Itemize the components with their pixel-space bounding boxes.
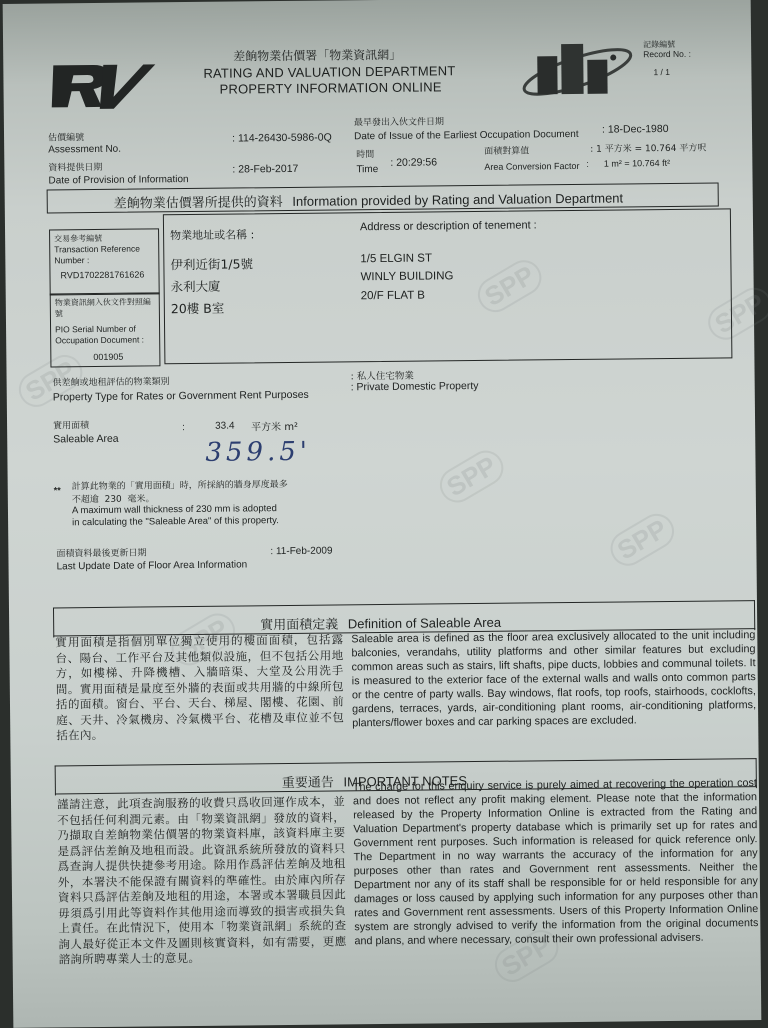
txn-label-cn: 交易參考編號 — [54, 233, 102, 245]
pio-value: 001905 — [93, 352, 123, 362]
pio-serial-box: 物業資訊網入伙文件對照編號 PIO Serial Number of Occup… — [50, 292, 161, 367]
update-label-en: Last Update Date of Floor Area Informati… — [56, 559, 247, 572]
conversion-value-cn: : 1 平方米 = 10.764 平方呎 — [590, 143, 706, 156]
definition-body-en: Saleable area is defined as the floor ar… — [351, 628, 756, 730]
saleable-area-label-en: Saleable Area — [53, 433, 119, 446]
note-en-line-1: A maximum wall thickness of 230 mm is ad… — [72, 503, 277, 516]
provision-label-en: Date of Provision of Information — [48, 174, 188, 187]
buildings-logo-icon — [515, 37, 636, 96]
record-label-en: Record No. : — [643, 49, 691, 59]
update-value: : 11-Feb-2009 — [270, 546, 332, 558]
txn-value: RVD1702281761626 — [60, 269, 144, 280]
address-en-line-1: 1/5 ELGIN ST — [360, 252, 432, 265]
saleable-area-value: 33.4 — [215, 421, 235, 432]
saleable-area-label-cn: 實用面積 — [53, 421, 89, 432]
header-title-en-1: RATING AND VALUATION DEPARTMENT — [203, 63, 455, 81]
handwritten-area-note: 359.5' — [205, 437, 311, 468]
note-marker: ** — [54, 484, 61, 496]
record-value: 1 / 1 — [653, 67, 670, 77]
saleable-area-colon: : — [182, 422, 185, 433]
conversion-value-en: : 1 m² = 10.764 ft² — [586, 157, 670, 170]
note-en-line-2: in calculating the "Saleable Area" of th… — [72, 515, 279, 528]
conversion-label-cn: 面積對算值 — [484, 146, 529, 157]
header-title-cn: 差餉物業估價署「物業資訊網」 — [233, 46, 401, 65]
transaction-reference-box: 交易參考編號 Transaction Reference Number : RV… — [49, 228, 160, 295]
note-cn-line-2: 不超逾 230 毫米。 — [72, 491, 155, 505]
occupation-value: : 18-Dec-1980 — [602, 123, 669, 137]
header-title-en-2: PROPERTY INFORMATION ONLINE — [219, 79, 441, 96]
rv-logo-icon — [47, 60, 158, 111]
document-page: SPP SPP SPP SPP SPP SPP SPP 差餉物業估價署「物業資訊… — [3, 0, 762, 1024]
definition-body-cn: 實用面積是指個別單位獨立使用的樓面面積，包括露台、陽台、工作平台及其他類似設施，… — [55, 632, 344, 744]
pio-label-cn: 物業資訊網入伙文件對照編號 — [55, 296, 151, 319]
time-label-cn: 時間 — [356, 150, 374, 161]
notes-body-cn: 謹請注意，此項查詢服務的收費只爲收回運作成本，並不包括任何利潤元素。由「物業資訊… — [57, 794, 347, 968]
address-en-line-2: WINLY BUILDING — [360, 270, 453, 283]
assessment-value: : 114-26430-5986-0Q — [232, 132, 332, 146]
time-label-en: Time — [356, 164, 378, 176]
assessment-label-cn: 估價編號 — [48, 133, 84, 144]
notes-body-en: The charge for this enquiry service is p… — [353, 776, 759, 948]
occupation-label-en: Date of Issue of the Earliest Occupation… — [354, 129, 579, 143]
time-value: : 20:29:56 — [390, 156, 437, 169]
property-type-label-cn: 供差餉或地租評估的物業類別 — [53, 377, 170, 389]
assessment-label-en: Assessment No. — [48, 144, 121, 157]
notes-title-cn: 重要通告 — [282, 776, 334, 792]
address-label-cn: 物業地址或名稱 : — [170, 226, 254, 243]
provision-value: : 28-Feb-2017 — [232, 163, 298, 177]
saleable-area-unit: 平方米 m² — [251, 418, 298, 433]
address-cn-line-1: 伊利近街1/5號 — [170, 254, 253, 273]
property-type-label-en: Property Type for Rates or Government Re… — [53, 389, 309, 404]
info-section-title-en: Information provided by Rating and Valua… — [292, 190, 623, 208]
note-cn-line-1: 計算此物業的「實用面積」時，所採納的牆身厚度最多 — [72, 477, 288, 492]
conversion-label-en: Area Conversion Factor — [484, 160, 579, 173]
pio-label-en: PIO Serial Number of Occupation Document… — [55, 323, 159, 346]
definition-title-en: Definition of Saleable Area — [348, 615, 501, 632]
address-cn-line-3: 20樓 B室 — [171, 299, 225, 318]
provision-label-cn: 資料提供日期 — [48, 163, 102, 175]
address-cn-line-2: 永利大廈 — [171, 277, 221, 296]
info-section-title-cn: 差餉物業估價署所提供的資料 — [114, 195, 283, 212]
update-label-cn: 面積資料最後更新日期 — [56, 548, 146, 560]
address-en-line-3: 20/F FLAT B — [361, 290, 425, 303]
txn-label-en: Transaction Reference Number : — [54, 243, 154, 266]
watermark: SPP — [433, 444, 509, 509]
definition-title-cn: 實用面積定義 — [260, 617, 338, 633]
occupation-label-cn: 最早發出入伙文件日期 — [354, 117, 444, 129]
address-label-en: Address or description of tenement : — [360, 219, 537, 233]
watermark: SPP — [604, 507, 680, 572]
property-type-value-en: : Private Domestic Property — [351, 380, 479, 393]
address-box: 物業地址或名稱 : Address or description of tene… — [163, 208, 733, 364]
